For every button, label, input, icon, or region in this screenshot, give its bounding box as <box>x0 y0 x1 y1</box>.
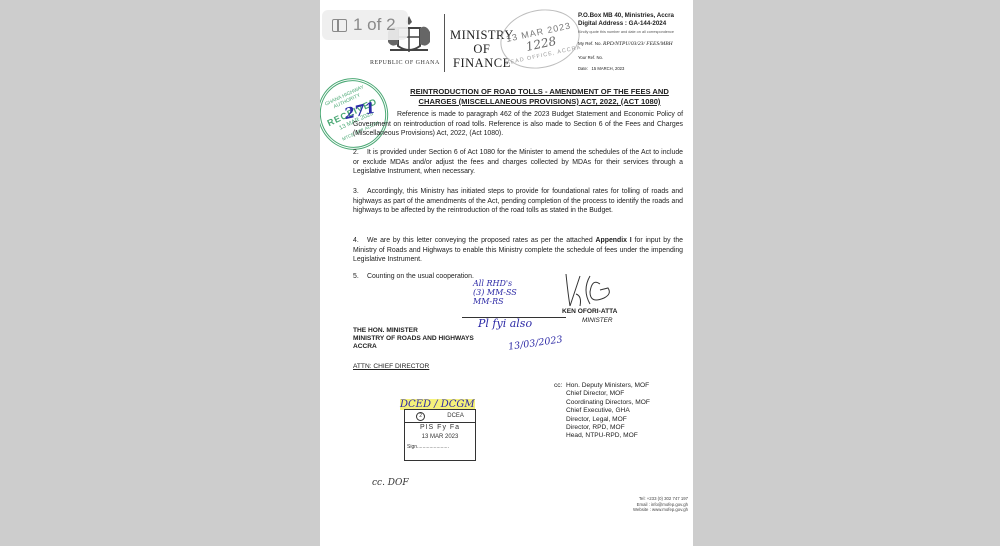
addressee-line: ACCRA <box>353 343 474 351</box>
paragraph-2: 2.It is provided under Section 6 of Act … <box>353 148 683 177</box>
stamp-line: PIS Fy Fa <box>405 424 475 431</box>
stamp-date: 13 MAR 2023 <box>405 434 475 440</box>
note-line: MM-RS <box>473 297 517 306</box>
sidebar-icon[interactable] <box>332 19 347 32</box>
page-indicator[interactable]: 1 of 2 <box>322 10 408 40</box>
handwritten-fyi: Pl fyi also <box>478 317 532 330</box>
stamp-sign-label: Sign....................... <box>405 444 475 450</box>
letter-subject: REINTRODUCTION OF ROAD TOLLS - AMENDMENT… <box>397 87 682 107</box>
date-line: Date: 15 MARCH, 2023 <box>578 66 693 71</box>
my-ref: My Ref. No. RPD/NTPU/03/23/ FEES/MBH <box>578 41 693 47</box>
head-office-stamp: 13 MAR 2023 1228 HEAD OFFICE, ACCRA <box>495 2 585 75</box>
paragraph-3: 3.Accordingly, this Ministry has initiat… <box>353 187 683 216</box>
date-value: 15 MARCH, 2023 <box>592 66 625 71</box>
addressee-line: THE HON. MINISTER <box>353 327 474 335</box>
paragraph-text: Accordingly, this Ministry has initiated… <box>353 188 683 214</box>
paragraph-number: 5. <box>353 272 367 282</box>
document-page: REPUBLIC OF GHANA MINISTRY OF FINANCE 13… <box>320 0 693 546</box>
note-line: (3) MM-SS <box>473 288 517 297</box>
cc-label: cc: <box>554 382 562 390</box>
date-label: Date: <box>578 66 588 71</box>
quote-notice: Kindly quote this number and date on all… <box>578 30 693 34</box>
paragraph-5: 5.Counting on the usual cooperation. <box>353 272 683 282</box>
cc-item: Coordinating Directors, MOF <box>566 399 650 407</box>
stamp-circle-number: 2 <box>416 412 425 421</box>
handwritten-note: All RHD's (3) MM-SS MM-RS <box>473 279 517 306</box>
cc-list: cc: Hon. Deputy Ministers, MOF Chief Dir… <box>554 382 650 441</box>
addressee-block: THE HON. MINISTER MINISTRY OF ROADS AND … <box>353 327 474 352</box>
paragraph-number: 2. <box>353 148 367 158</box>
crest-label: REPUBLIC OF GHANA <box>370 60 440 66</box>
signer-title: MINISTER <box>582 317 613 324</box>
cc-item: Chief Director, MOF <box>566 390 650 398</box>
paragraph-number: 3. <box>353 187 367 197</box>
contact-website: Website : www.mofep.gov.gh <box>610 507 688 513</box>
digital-address: Digital Address : GA-144-2024 <box>578 20 693 27</box>
paragraph-1: Reference is made to paragraph 462 of th… <box>353 110 683 139</box>
paragraph-text: Counting on the usual cooperation. <box>367 273 474 280</box>
letterhead-divider <box>444 14 445 72</box>
stamp-title: DCEA <box>447 413 464 419</box>
handwritten-date: 13/03/2023 <box>508 334 564 353</box>
my-ref-value: RPD/NTPU/03/23/ FEES/MBH <box>603 41 673 47</box>
signer-name: KEN OFORI-ATTA <box>562 308 617 315</box>
your-ref-label: Your Ref. No. <box>578 55 693 60</box>
postal-address: P.O.Box MB 40, Ministries, Accra <box>578 12 693 19</box>
paragraph-text: It is provided under Section 6 of Act 10… <box>353 149 683 175</box>
handwritten-cc-dof: cc. DOF <box>372 478 409 488</box>
paragraph-4: 4.We are by this letter conveying the pr… <box>353 236 683 265</box>
address-block: P.O.Box MB 40, Ministries, Accra Digital… <box>578 12 693 71</box>
note-line: All RHD's <box>473 279 517 288</box>
my-ref-label: My Ref. No. <box>578 41 602 46</box>
cc-item: Head, NTPU-RPD, MOF <box>566 432 650 440</box>
paragraph-text: We are by this letter conveying the prop… <box>367 237 596 244</box>
signature-icon <box>562 270 624 310</box>
cc-item: Director, RPD, MOF <box>566 424 650 432</box>
addressee-line: MINISTRY OF ROADS AND HIGHWAYS <box>353 335 474 343</box>
contact-block: Tel: +233 (0) 302 747 197 Email : info@m… <box>610 496 688 513</box>
page-count: 1 of 2 <box>353 15 396 35</box>
cc-item: Hon. Deputy Ministers, MOF <box>566 382 650 390</box>
attention-line: ATTN: CHIEF DIRECTOR <box>353 363 429 370</box>
cc-item: Director, Legal, MOF <box>566 416 650 424</box>
paragraph-number: 4. <box>353 236 367 246</box>
appendix-reference: Appendix I <box>596 237 632 244</box>
dced-stamp: 2DCEA PIS Fy Fa 13 MAR 2023 Sign........… <box>404 409 476 461</box>
cc-item: Chief Executive, GHA <box>566 407 650 415</box>
